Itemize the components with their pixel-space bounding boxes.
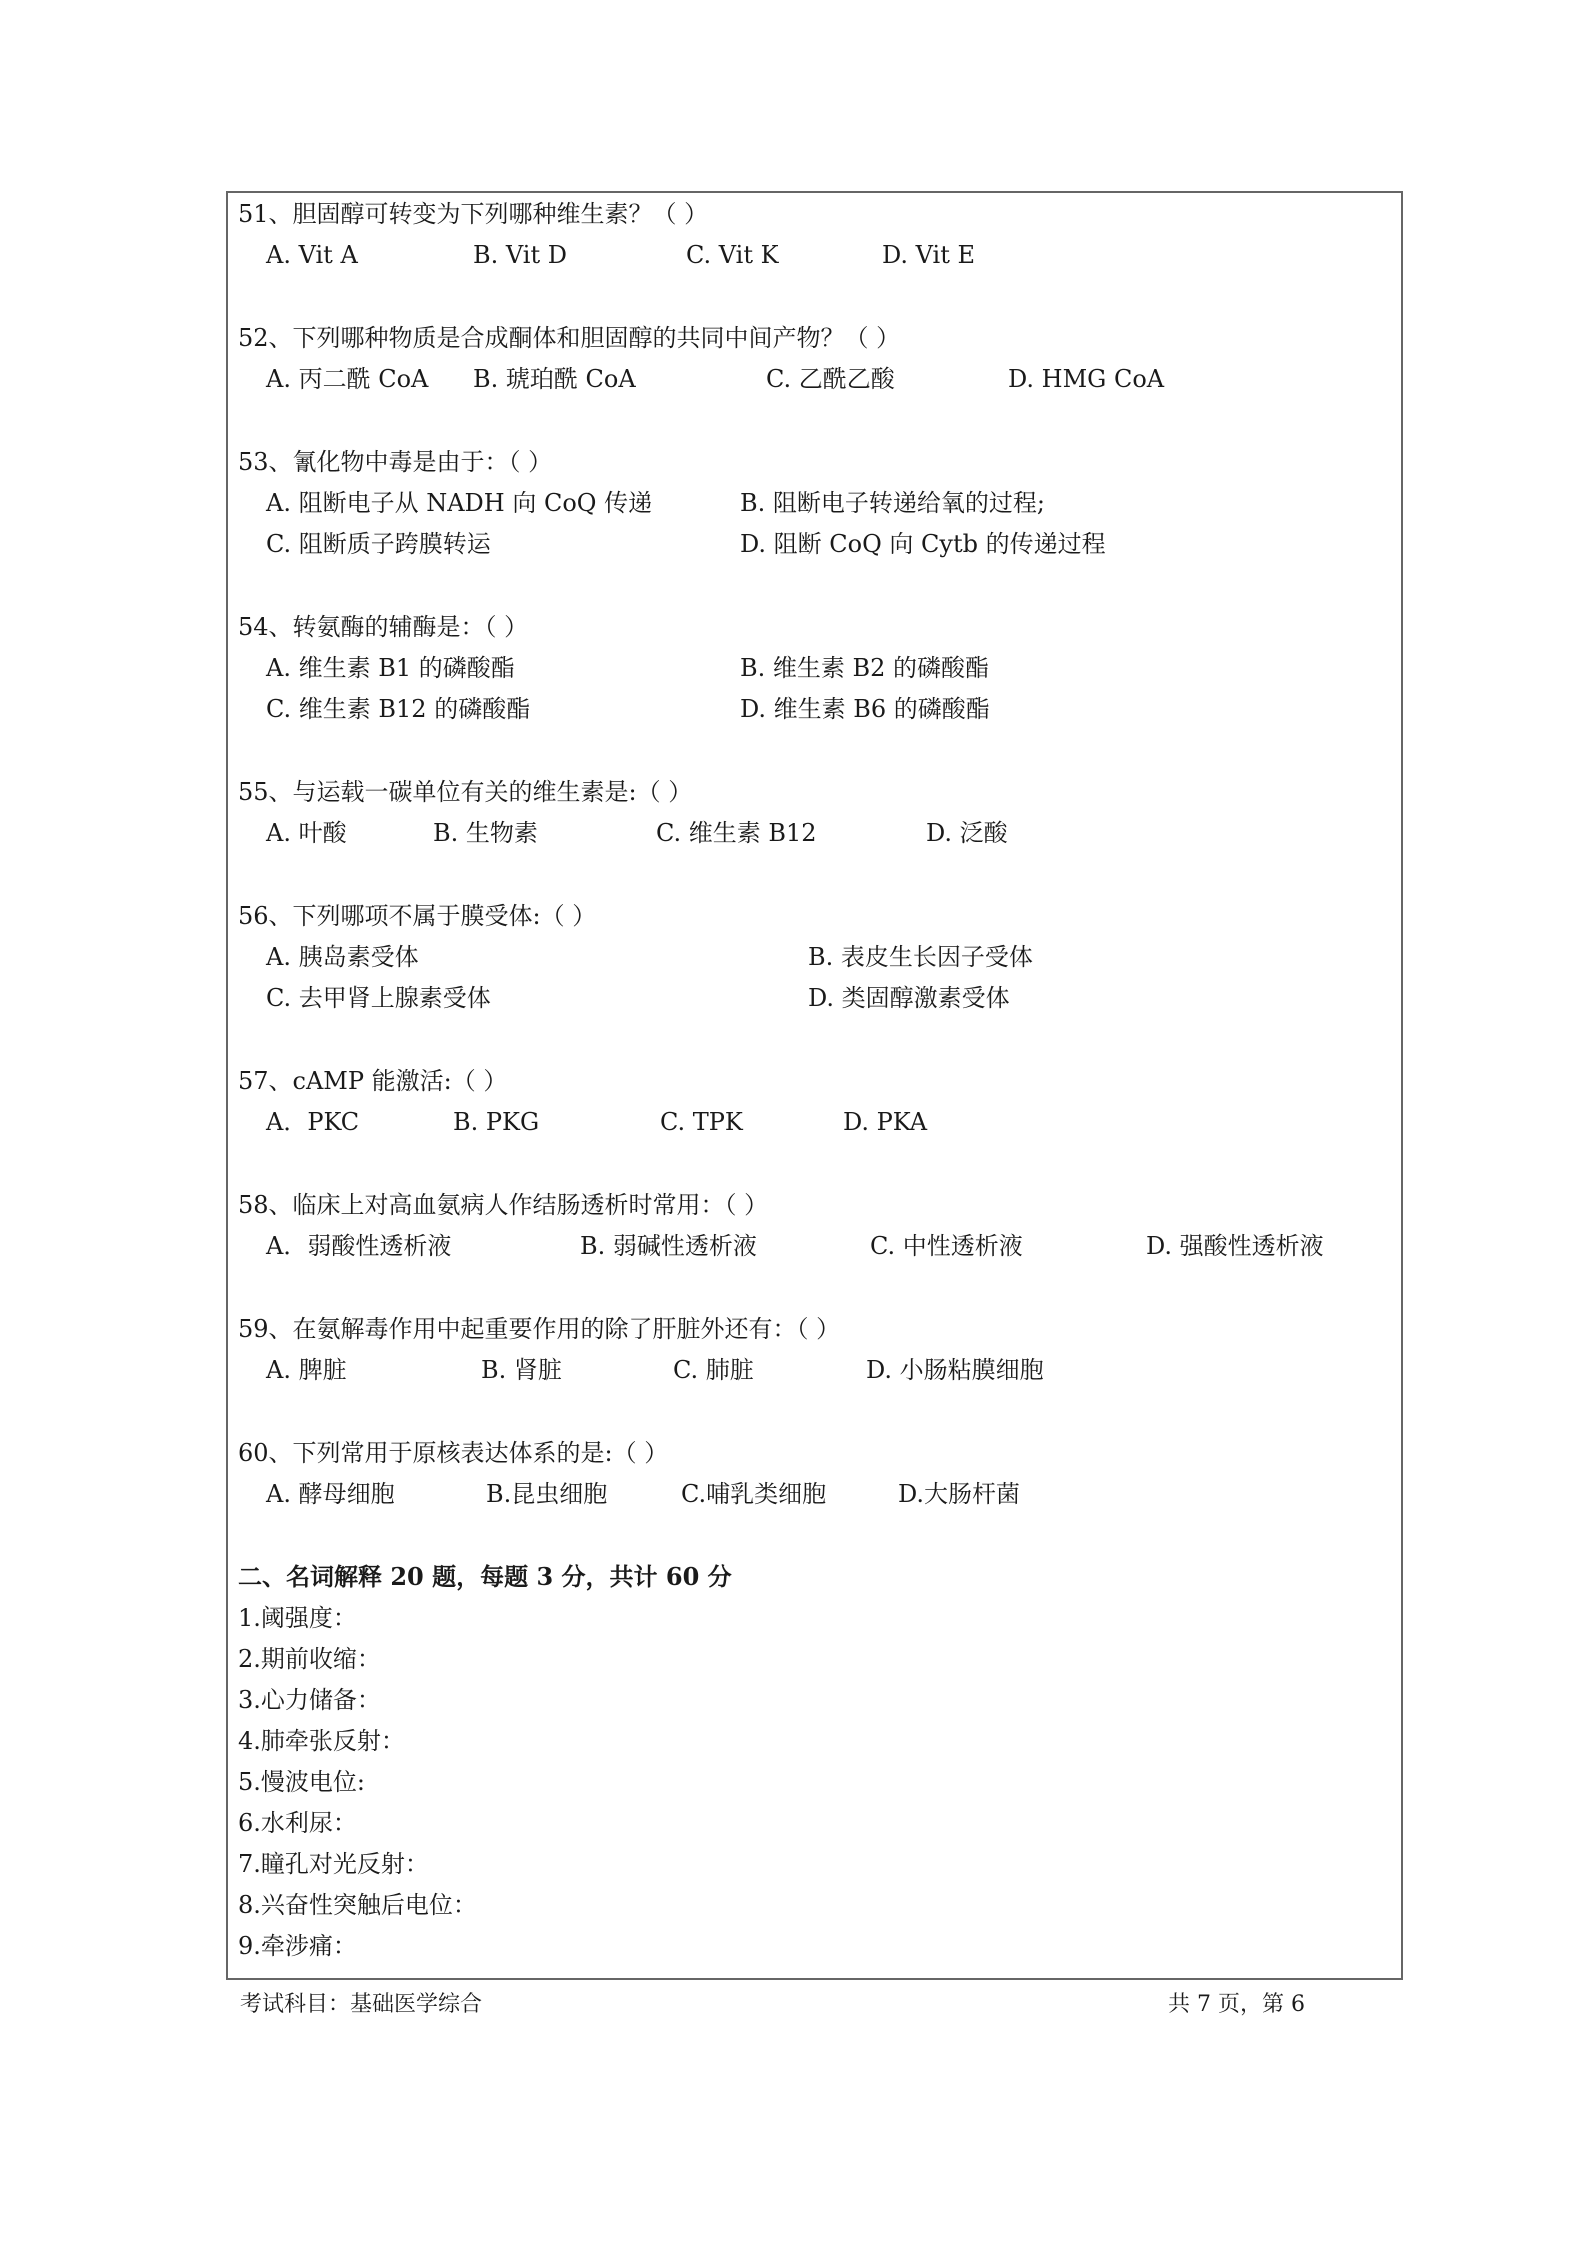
- question-56-option-c: C. 去甲肾上腺素受体: [266, 983, 491, 1013]
- term-3: 3.心力储备：: [238, 1685, 381, 1715]
- term-9: 9.牵涉痛：: [238, 1931, 357, 1961]
- question-57-option-a: A．PKC: [266, 1107, 359, 1137]
- question-56-stem: 56、下列哪项不属于膜受体:（ ）: [238, 901, 596, 931]
- section-2-title: 二、名词解释 20 题，每题 3 分，共计 60 分: [238, 1562, 732, 1592]
- question-53-option-a: A. 阻断电子从 NADH 向 CoQ 传递: [266, 488, 652, 518]
- term-1: 1.阈强度：: [238, 1603, 357, 1633]
- question-59-stem: 59、在氨解毒作用中起重要作用的除了肝脏外还有：（ ）: [238, 1314, 840, 1344]
- question-52-option-c: C. 乙酰乙酸: [766, 364, 895, 394]
- question-60-option-a: A. 酵母细胞: [266, 1479, 395, 1509]
- question-53-stem: 53、氰化物中毒是由于：（ ）: [238, 447, 552, 477]
- question-51-stem: 51、胆固醇可转变为下列哪种维生素？（ ）: [238, 199, 708, 229]
- question-59-option-a: A. 脾脏: [266, 1355, 347, 1385]
- question-53-option-b: B. 阻断电子转递给氧的过程;: [740, 488, 1045, 518]
- question-56-option-d: D. 类固醇激素受体: [808, 983, 1010, 1013]
- question-52-option-d: D. HMG CoA: [1008, 364, 1164, 394]
- question-51-option-d: D. Vit E: [882, 240, 975, 270]
- question-55-stem: 55、与运载一碳单位有关的维生素是:（ ）: [238, 777, 692, 807]
- question-54-stem: 54、转氨酶的辅酶是：（ ）: [238, 612, 528, 642]
- question-54-option-b: B. 维生素 B2 的磷酸酯: [740, 653, 989, 683]
- question-52-option-a: A. 丙二酰 CoA: [266, 364, 428, 394]
- question-54-option-a: A. 维生素 B1 的磷酸酯: [266, 653, 515, 683]
- question-60-stem: 60、下列常用于原核表达体系的是:（ ）: [238, 1438, 668, 1468]
- question-59-option-c: C. 肺脏: [673, 1355, 754, 1385]
- term-6: 6.水利尿：: [238, 1808, 357, 1838]
- question-56-option-a: A. 胰岛素受体: [266, 942, 419, 972]
- question-57-option-d: D. PKA: [843, 1107, 927, 1137]
- question-55-option-c: C. 维生素 B12: [656, 818, 817, 848]
- question-58-option-c: C. 中性透析液: [870, 1231, 1023, 1261]
- question-55-option-d: D. 泛酸: [926, 818, 1008, 848]
- footer-page-info: 共 7 页，第 6: [1168, 1991, 1305, 2019]
- term-5: 5.慢波电位:: [238, 1767, 365, 1797]
- question-57-option-c: C. TPK: [660, 1107, 743, 1137]
- question-56-option-b: B. 表皮生长因子受体: [808, 942, 1033, 972]
- question-58-option-a: A．弱酸性透析液: [266, 1231, 451, 1261]
- question-55-option-a: A. 叶酸: [266, 818, 347, 848]
- question-51-option-a: A. Vit A: [266, 240, 358, 270]
- question-60-option-c: C.哺乳类细胞: [681, 1479, 826, 1509]
- question-53-option-c: C. 阻断质子跨膜转运: [266, 529, 491, 559]
- question-52-option-b: B. 琥珀酰 CoA: [473, 364, 636, 394]
- question-58-option-b: B. 弱碱性透析液: [580, 1231, 757, 1261]
- question-51-option-b: B. Vit D: [473, 240, 567, 270]
- question-60-option-b: B.昆虫细胞: [486, 1479, 607, 1509]
- term-7: 7.瞳孔对光反射：: [238, 1849, 429, 1879]
- question-54-option-c: C. 维生素 B12 的磷酸酯: [266, 694, 530, 724]
- question-53-option-d: D. 阻断 CoQ 向 Cytb 的传递过程: [740, 529, 1106, 559]
- question-57-stem: 57、cAMP 能激活:（ ）: [238, 1066, 507, 1096]
- question-55-option-b: B. 生物素: [433, 818, 538, 848]
- question-58-stem: 58、临床上对高血氨病人作结肠透析时常用：（ ）: [238, 1190, 768, 1220]
- question-51-option-c: C. Vit K: [686, 240, 779, 270]
- question-52-stem: 52、下列哪种物质是合成酮体和胆固醇的共同中间产物？（ ）: [238, 323, 900, 353]
- question-58-option-d: D. 强酸性透析液: [1146, 1231, 1324, 1261]
- term-8: 8.兴奋性突触后电位：: [238, 1890, 477, 1920]
- term-4: 4.肺牵张反射：: [238, 1726, 405, 1756]
- question-60-option-d: D.大肠杆菌: [898, 1479, 1020, 1509]
- question-54-option-d: D. 维生素 B6 的磷酸酯: [740, 694, 990, 724]
- term-2: 2.期前收缩：: [238, 1644, 381, 1674]
- question-59-option-d: D. 小肠粘膜细胞: [866, 1355, 1044, 1385]
- footer-subject: 考试科目：基础医学综合: [240, 1991, 482, 2019]
- question-57-option-b: B. PKG: [453, 1107, 539, 1137]
- question-59-option-b: B. 肾脏: [481, 1355, 562, 1385]
